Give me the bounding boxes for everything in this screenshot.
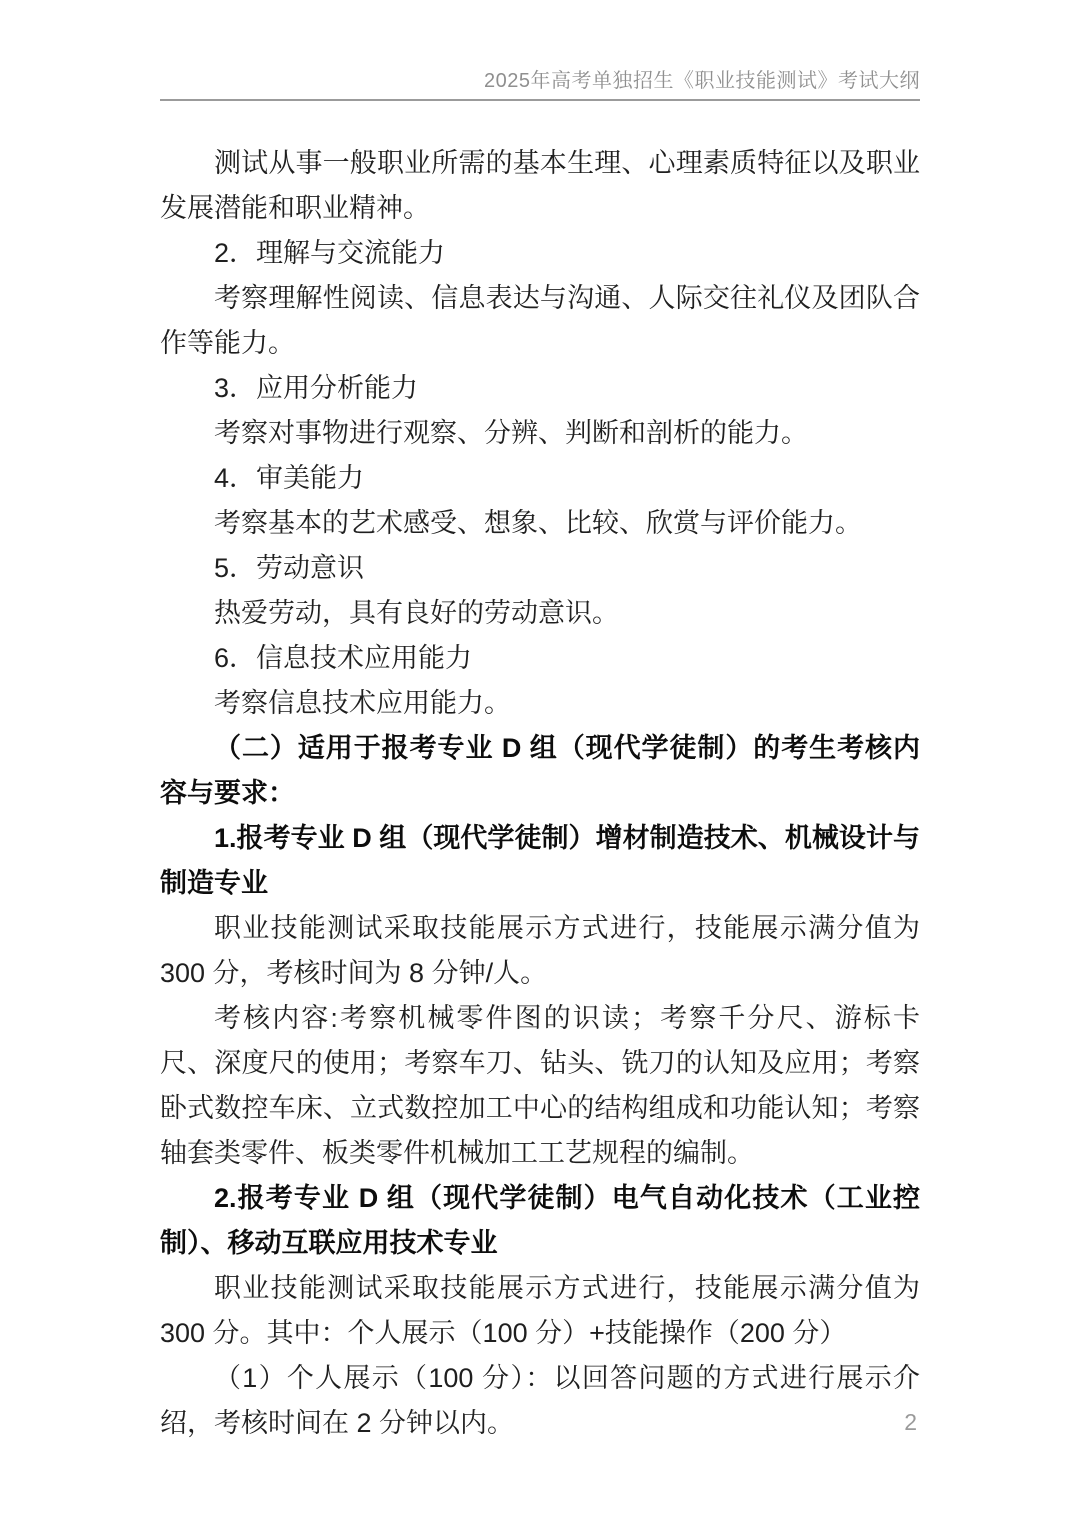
paragraph: 考核内容:考察机械零件图的识读；考察千分尺、游标卡尺、深度尺的使用；考察车刀、钻… — [160, 996, 920, 1176]
paragraph: 考察信息技术应用能力。 — [160, 681, 920, 726]
numbered-item-3: 3．应用分析能力 — [160, 366, 920, 411]
document-page: 2025年高考单独招生《职业技能测试》考试大纲 测试从事一般职业所需的基本生理、… — [0, 0, 1080, 1527]
numbered-item-5: 5．劳动意识 — [160, 546, 920, 591]
page-number: 2 — [904, 1406, 917, 1438]
header-rule — [160, 99, 920, 101]
numbered-item-6: 6．信息技术应用能力 — [160, 636, 920, 681]
paragraph: 考察理解性阅读、信息表达与沟通、人际交往礼仪及团队合作等能力。 — [160, 276, 920, 366]
paragraph-intro: 测试从事一般职业所需的基本生理、心理素质特征以及职业发展潜能和职业精神。 — [160, 141, 920, 231]
subsection-heading-1: 1.报考专业 D 组（现代学徒制）增材制造技术、机械设计与制造专业 — [160, 816, 920, 906]
paragraph: （1）个人展示（100 分）：以回答问题的方式进行展示介绍，考核时间在 2 分钟… — [160, 1356, 920, 1446]
header-title: 2025年高考单独招生《职业技能测试》考试大纲 — [160, 68, 920, 94]
document-body: 测试从事一般职业所需的基本生理、心理素质特征以及职业发展潜能和职业精神。 2．理… — [160, 141, 920, 1446]
paragraph: 职业技能测试采取技能展示方式进行，技能展示满分值为 300 分，考核时间为 8 … — [160, 906, 920, 996]
section-heading-2: （二）适用于报考专业 D 组（现代学徒制）的考生考核内容与要求： — [160, 726, 920, 816]
numbered-item-4: 4．审美能力 — [160, 456, 920, 501]
paragraph: 考察基本的艺术感受、想象、比较、欣赏与评价能力。 — [160, 501, 920, 546]
paragraph: 热爱劳动，具有良好的劳动意识。 — [160, 591, 920, 636]
subsection-heading-2: 2.报考专业 D 组（现代学徒制）电气自动化技术（工业控制）、移动互联应用技术专… — [160, 1176, 920, 1266]
paragraph: 考察对事物进行观察、分辨、判断和剖析的能力。 — [160, 411, 920, 456]
numbered-item-2: 2．理解与交流能力 — [160, 231, 920, 276]
page-header: 2025年高考单独招生《职业技能测试》考试大纲 — [160, 0, 920, 101]
paragraph: 职业技能测试采取技能展示方式进行，技能展示满分值为 300 分。其中：个人展示（… — [160, 1266, 920, 1356]
